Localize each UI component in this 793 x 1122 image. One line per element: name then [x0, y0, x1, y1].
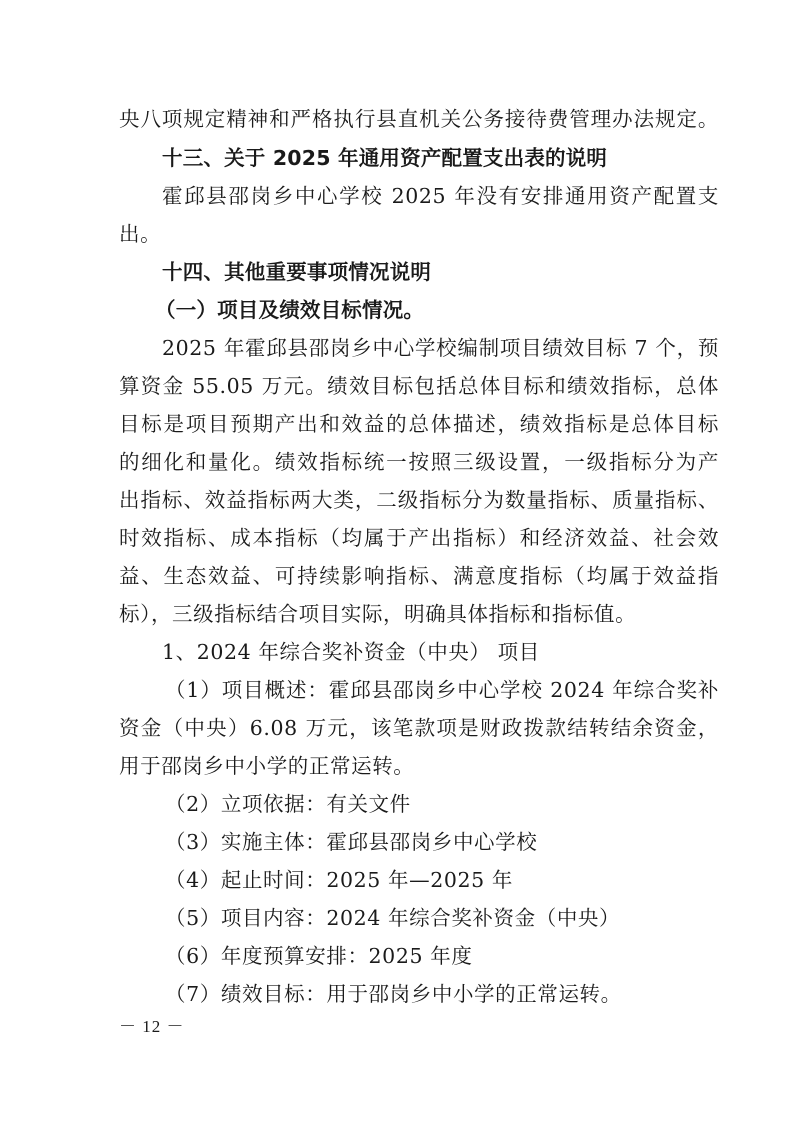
paragraph-line: 出。 [119, 215, 719, 253]
page-number: － 12 － [119, 1015, 185, 1039]
project-title: 1、2024 年综合奖补资金（中央） 项目 [162, 633, 719, 671]
document-page: 央八项规定精神和严格执行县直机关公务接待费管理办法规定。 十三、关于 2025 … [0, 0, 793, 1122]
project-item-4: （4）起止时间：2025 年—2025 年 [165, 861, 719, 899]
paragraph-line: 目标是项目预期产出和效益的总体描述，绩效指标是总体目标 [119, 405, 719, 443]
paragraph-line: 标），三级指标结合项目实际，明确具体指标和指标值。 [119, 595, 719, 633]
section-heading-13: 十三、关于 2025 年通用资产配置支出表的说明 [162, 139, 719, 177]
paragraph-line: 霍邱县邵岗乡中心学校 2025 年没有安排通用资产配置支 [162, 177, 719, 215]
paragraph-line: 央八项规定精神和严格执行县直机关公务接待费管理办法规定。 [119, 100, 719, 138]
project-item-7: （7）绩效目标：用于邵岗乡中小学的正常运转。 [165, 975, 719, 1013]
subsection-heading-1: （一）项目及绩效目标情况。 [155, 291, 755, 329]
section-heading-14: 十四、其他重要事项情况说明 [162, 253, 719, 291]
paragraph-line: 资金（中央）6.08 万元，该笔款项是财政拨款结转结余资金， [119, 709, 719, 747]
paragraph-line: 用于邵岗乡中小学的正常运转。 [119, 747, 719, 785]
paragraph-line: 的细化和量化。绩效指标统一按照三级设置，一级指标分为产 [119, 443, 719, 481]
project-item-5: （5）项目内容：2024 年综合奖补资金（中央） [165, 899, 719, 937]
paragraph-line: 出指标、效益指标两大类，二级指标分为数量指标、质量指标、 [119, 481, 719, 519]
project-item-1: （1）项目概述：霍邱县邵岗乡中心学校 2024 年综合奖补 [165, 671, 719, 709]
paragraph-line: 算资金 55.05 万元。绩效目标包括总体目标和绩效指标，总体 [119, 367, 719, 405]
paragraph-line: 时效指标、成本指标（均属于产出指标）和经济效益、社会效 [119, 519, 719, 557]
project-item-3: （3）实施主体：霍邱县邵岗乡中心学校 [165, 823, 719, 861]
project-item-6: （6）年度预算安排：2025 年度 [165, 937, 719, 975]
paragraph-line: 2025 年霍邱县邵岗乡中心学校编制项目绩效目标 7 个，预 [162, 329, 719, 367]
project-item-2: （2）立项依据：有关文件 [165, 785, 719, 823]
paragraph-line: 益、生态效益、可持续影响指标、满意度指标（均属于效益指 [119, 557, 719, 595]
